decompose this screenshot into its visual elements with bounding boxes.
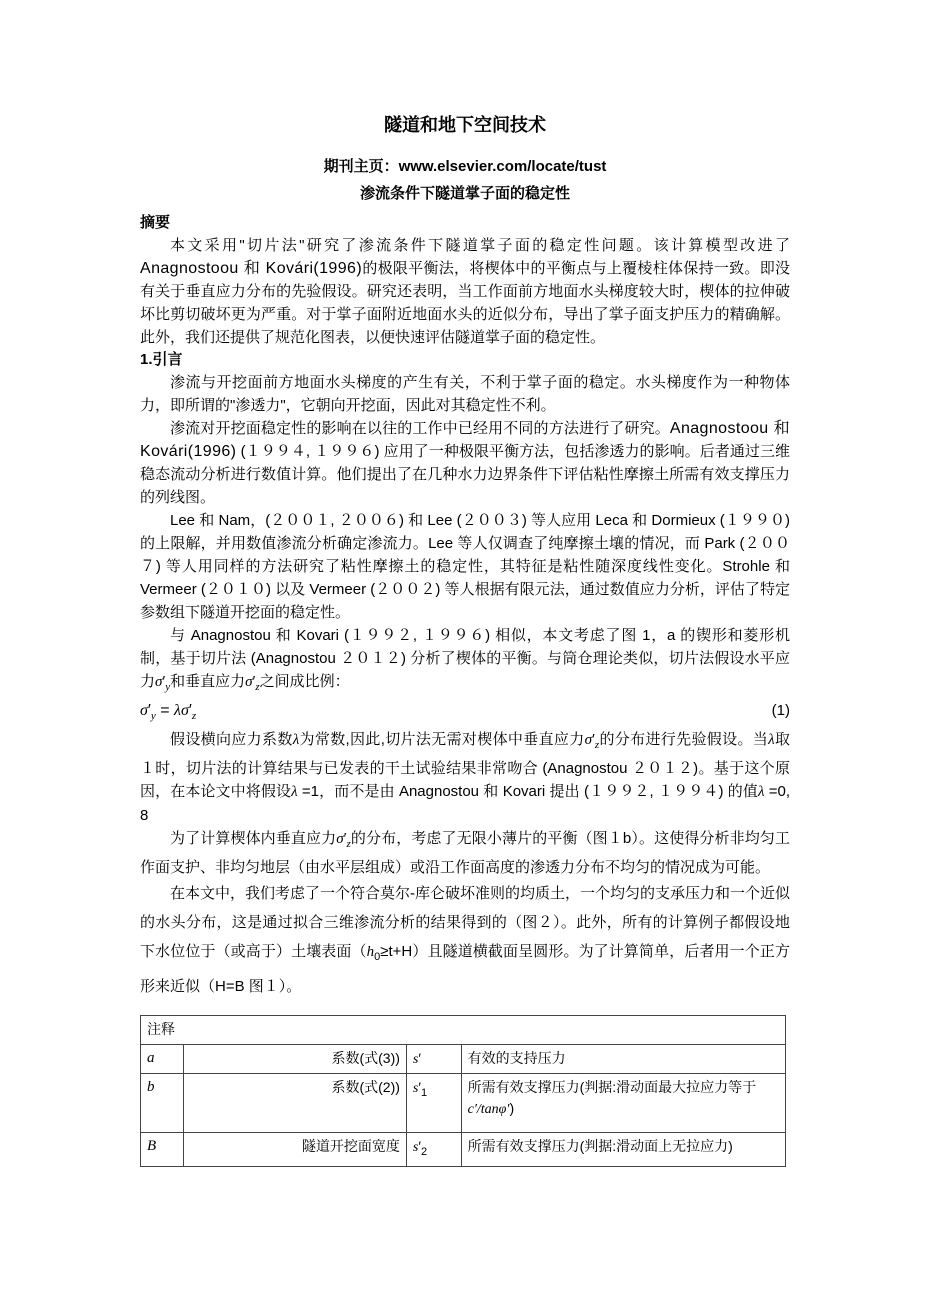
notation-table-header-row: 注释 [141, 1016, 786, 1045]
intro-paragraph-2: 渗流对开挖面稳定性的影响在以往的工作中已经用不同的方法进行了研究。Anagnos… [140, 417, 790, 509]
intro-paragraph-3: Lee 和 Nam，(２００１, ２００６) 和 Lee (２００３) 等人应用… [140, 509, 790, 624]
text-segment: c′/tanφ′ [468, 1102, 510, 1117]
text-segment: 所需有效支撑压力(判据:滑动面上无拉应力) [468, 1138, 733, 1154]
text-segment: σ [336, 831, 343, 847]
text-segment: σ [140, 702, 148, 719]
text-segment: = [156, 702, 174, 719]
intro-paragraph-1: 渗流与开挖面前方地面水头梯度的产生有关，不利于掌子面的稳定。水头梯度作为一种物体… [140, 371, 790, 417]
text-segment: Anagnostoou 和 Kovári(1996) [140, 260, 362, 277]
notation-table-title: 注释 [141, 1016, 786, 1045]
definition-cell: 有效的支持压力 [461, 1045, 785, 1074]
journal-title: 隧道和地下空间技术 [140, 112, 790, 138]
equation-1: σ′y = λσ′z (1) [140, 699, 790, 728]
text-segment: =1，而不是由 Anagnostou 和 Kovari 提出 (１９９２, １９… [298, 783, 758, 800]
symbol-cell: s′2 [406, 1133, 461, 1167]
table-row: B 隧道开挖面宽度 s′2 所需有效支撑压力(判据:滑动面上无拉应力) [141, 1133, 786, 1167]
abstract-heading: 摘要 [140, 212, 790, 234]
table-row: b 系数(式(2)) s′1 所需有效支撑压力(判据:滑动面最大拉应力等于c′/… [141, 1074, 786, 1133]
text-segment: 所需有效支撑压力(判据:滑动面最大拉应力等于 [468, 1079, 757, 1095]
text-segment: 和垂直应力 [170, 673, 245, 690]
symbol-cell: s′ [406, 1045, 461, 1074]
definition-cell: 系数(式(3)) [183, 1045, 406, 1074]
text-segment: 渗流对开挖面稳定性的影响在以往的工作中已经用不同的方法进行了研究。 [170, 420, 670, 437]
document-content: 隧道和地下空间技术 期刊主页：www.elsevier.com/locate/t… [140, 112, 790, 1167]
text-segment: 之间成比例： [260, 673, 350, 690]
text-segment: 为常数,因此,切片法无需对楔体中垂直应力 [299, 731, 584, 748]
introduction-heading: 1.引言 [140, 349, 790, 371]
intro-paragraph-4: 与 Anagnostou 和 Kovari (１９９２, １９９６) 相似，本文… [140, 624, 790, 699]
text-segment: z [192, 710, 196, 722]
definition-cell: 系数(式(2)) [183, 1074, 406, 1133]
table-row: a 系数(式(3)) s′ 有效的支持压力 [141, 1045, 786, 1074]
text-segment: σ [585, 732, 592, 748]
symbol-cell: b [141, 1074, 184, 1133]
abstract-paragraph: 本文采用"切片法"研究了渗流条件下隧道掌子面的稳定性问题。该计算模型改进了Ana… [140, 234, 790, 349]
text-segment: 的分布进行先验假设。当 [599, 731, 768, 748]
paper-title: 渗流条件下隧道掌子面的稳定性 [140, 183, 790, 205]
text-segment: σ [245, 674, 252, 690]
text-segment: λσ [174, 702, 189, 719]
definition-cell: 隧道开挖面宽度 [183, 1133, 406, 1167]
text-segment: 1 [421, 1087, 427, 1099]
journal-homepage-line: 期刊主页：www.elsevier.com/locate/tust [140, 156, 790, 178]
equation-1-expression: σ′y = λσ′z [140, 699, 196, 728]
intro-paragraph-6: 为了计算楔体内垂直应力σ′z的分布，考虑了无限小薄片的平衡（图１b）。这使得分析… [140, 827, 790, 879]
definition-cell: 所需有效支撑压力(判据:滑动面最大拉应力等于c′/tanφ′) [461, 1074, 785, 1133]
text-segment: (１９９４, １９９６) 应用了一种极限平衡方法，包括渗透力的影响。后者通过三维… [140, 443, 790, 506]
intro-paragraph-5: 假设横向应力系数λ为常数,因此,切片法无需对楔体中垂直应力σ′z的分布进行先验假… [140, 728, 790, 827]
notation-table: 注释 a 系数(式(3)) s′ 有效的支持压力 b 系数(式(2)) s′1 … [140, 1015, 786, 1167]
text-segment: 2 [421, 1146, 427, 1158]
symbol-cell: a [141, 1045, 184, 1074]
document-page: 隧道和地下空间技术 期刊主页：www.elsevier.com/locate/t… [0, 0, 926, 1309]
intro-paragraph-7: 在本文中，我们考虑了一个符合莫尔-库仑破坏准则的均质土，一个均匀的支承压力和一个… [140, 879, 790, 1001]
equation-1-number: (1) [772, 699, 790, 723]
symbol-cell: s′1 [406, 1074, 461, 1133]
text-segment: 为了计算楔体内垂直应力 [170, 830, 336, 847]
text-segment: 假设横向应力系数 [170, 731, 293, 748]
text-segment: ) [509, 1100, 514, 1116]
text-segment: ′ [418, 1050, 421, 1066]
definition-cell: 所需有效支撑压力(判据:滑动面上无拉应力) [461, 1133, 785, 1167]
text-segment: 本文采用"切片法"研究了渗流条件下隧道掌子面的稳定性问题。该计算模型改进了 [170, 237, 790, 254]
symbol-cell: B [141, 1133, 184, 1167]
text-segment: 有效的支持压力 [468, 1050, 566, 1066]
